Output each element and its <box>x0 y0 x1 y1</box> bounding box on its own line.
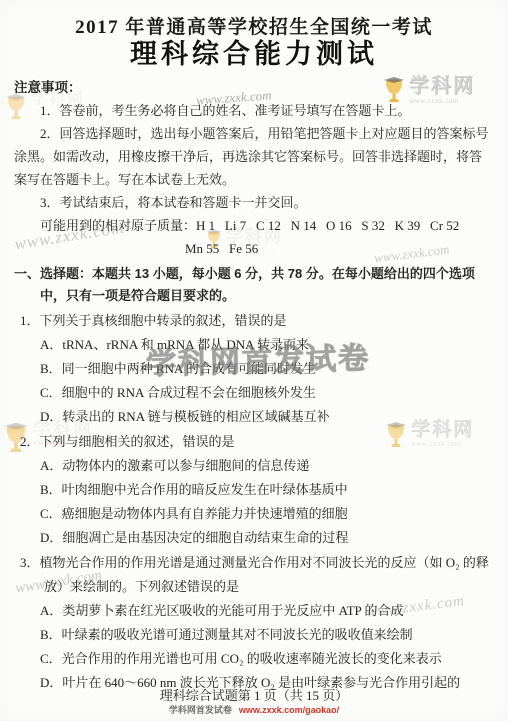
option-label: A． <box>40 458 62 473</box>
option-text: 细胞中的 RNA 合成过程不会在细胞核外发生 <box>62 385 316 400</box>
option-row: C．癌细胞是动物体内具有自养能力并快速增殖的细胞 <box>40 502 494 526</box>
atomic-mass-line-2: Mn 55 Fe 56 <box>185 237 494 260</box>
footer-source: 学科网首发试卷www.zxxk.com/gaokao/ <box>0 705 508 716</box>
option-label: A． <box>40 337 62 352</box>
option-label: B． <box>40 627 62 642</box>
option-label: D． <box>40 409 62 424</box>
option-row: A．tRNA、rRNA 和 mRNA 都从 DNA 转录而来 <box>40 333 494 357</box>
option-label: A． <box>40 603 62 618</box>
footer-source-url: www.zxxk.com/gaokao/ <box>239 705 339 715</box>
option-text: 光合作用的作用光谱也可用 CO₂ 的吸收速率随光波长的变化来表示 <box>62 651 442 666</box>
option-text: 叶绿素的吸收光谱可通过测量其对不同波长光的吸收值来绘制 <box>62 627 413 642</box>
notice-heading: 注意事项： <box>14 76 494 99</box>
atomic-mass-values-1: H 1 Li 7 C 12 N 14 O 16 S 32 K 39 Cr 52 <box>196 218 459 233</box>
questions-list: 1．下列关于真核细胞中转录的叙述，错误的是A．tRNA、rRNA 和 mRNA … <box>14 309 494 695</box>
question-number: 2． <box>20 434 40 449</box>
option-label: D． <box>40 530 62 545</box>
option-label: C． <box>40 651 62 666</box>
option-text: 类胡萝卜素在红光区吸收的光能可用于光反应中 ATP 的合成 <box>62 603 403 618</box>
subject-title: 理科综合能力测试 <box>14 43 494 66</box>
option-row: B．同一细胞中两种 RNA 的合成有可能同时发生 <box>40 357 494 381</box>
question-number: 1． <box>20 313 40 328</box>
option-row: A．类胡萝卜素在红光区吸收的光能可用于光反应中 ATP 的合成 <box>40 599 494 623</box>
section-heading: 一、选择题：本题共 13 小题，每小题 6 分，共 78 分。在每小题给出的四个… <box>14 263 494 307</box>
footer-page-number: 理科综合试题第 1 页（共 15 页） <box>0 688 508 704</box>
atomic-mass-intro: 可能用到的相对原子质量： <box>40 218 196 233</box>
option-row: B．叶肉细胞中光合作用的暗反应发生在叶绿体基质中 <box>40 478 494 502</box>
option-label: C． <box>40 385 62 400</box>
footer-source-label: 学科网首发试卷 <box>169 705 232 715</box>
option-row: D．转录出的 RNA 链与模板链的相应区域碱基互补 <box>40 405 494 429</box>
question-stem: 2．下列与细胞相关的叙述，错误的是 <box>20 430 494 454</box>
question-block: 1．下列关于真核细胞中转录的叙述，错误的是A．tRNA、rRNA 和 mRNA … <box>14 309 494 429</box>
option-text: 细胞凋亡是由基因决定的细胞自动结束生命的过程 <box>62 530 348 545</box>
notice-item-2: 2．回答选择题时，选出每小题答案后，用铅笔把答题卡上对应题目的答案标号涂黑。如需… <box>14 122 494 191</box>
notice-item-3: 3．考试结束后，将本试卷和答题卡一并交回。 <box>14 191 494 214</box>
option-row: C．光合作用的作用光谱也可用 CO₂ 的吸收速率随光波长的变化来表示 <box>40 647 494 671</box>
option-label: C． <box>40 506 62 521</box>
document-body: 2017 年普通高等学校招生全国统一考试 理科综合能力测试 注意事项： 1．答卷… <box>14 8 494 695</box>
question-block: 3．植物光合作用的作用光谱是通过测量光合作用对不同波长光的反应（如 O₂ 的释放… <box>14 551 494 695</box>
atomic-mass-line-1: 可能用到的相对原子质量：H 1 Li 7 C 12 N 14 O 16 S 32… <box>14 214 494 237</box>
option-label: B． <box>40 482 62 497</box>
notice-item-1: 1．答卷前，考生务必将自己的姓名、准考证号填写在答题卡上。 <box>14 99 494 122</box>
question-stem: 3．植物光合作用的作用光谱是通过测量光合作用对不同波长光的反应（如 O₂ 的释放… <box>20 551 494 599</box>
section-heading-text: 选择题：本题共 13 小题，每小题 6 分，共 78 分。在每小题给出的四个选项… <box>40 266 475 303</box>
section-number: 一、 <box>14 266 40 281</box>
option-row: A．动物体内的激素可以参与细胞间的信息传递 <box>40 454 494 478</box>
question-stem: 1．下列关于真核细胞中转录的叙述，错误的是 <box>20 309 494 333</box>
option-text: 转录出的 RNA 链与模板链的相应区域碱基互补 <box>62 409 329 424</box>
page-footer: 理科综合试题第 1 页（共 15 页） 学科网首发试卷www.zxxk.com/… <box>0 688 508 717</box>
option-text: 动物体内的激素可以参与细胞间的信息传递 <box>62 458 309 473</box>
option-row: C．细胞中的 RNA 合成过程不会在细胞核外发生 <box>40 381 494 405</box>
option-row: B．叶绿素的吸收光谱可通过测量其对不同波长光的吸收值来绘制 <box>40 623 494 647</box>
option-text: 同一细胞中两种 RNA 的合成有可能同时发生 <box>62 361 316 376</box>
option-row: D．细胞凋亡是由基因决定的细胞自动结束生命的过程 <box>40 526 494 550</box>
exam-title: 2017 年普通高等学校招生全国统一考试 <box>14 16 494 39</box>
option-text: 叶肉细胞中光合作用的暗反应发生在叶绿体基质中 <box>62 482 348 497</box>
option-label: B． <box>40 361 62 376</box>
option-text: tRNA、rRNA 和 mRNA 都从 DNA 转录而来 <box>62 337 309 352</box>
option-text: 癌细胞是动物体内具有自养能力并快速增殖的细胞 <box>62 506 348 521</box>
exam-paper-page: 学科网 学科网 www.zxxk.com <box>0 0 508 721</box>
question-block: 2．下列与细胞相关的叙述，错误的是A．动物体内的激素可以参与细胞间的信息传递B．… <box>14 430 494 550</box>
question-number: 3． <box>20 555 40 570</box>
